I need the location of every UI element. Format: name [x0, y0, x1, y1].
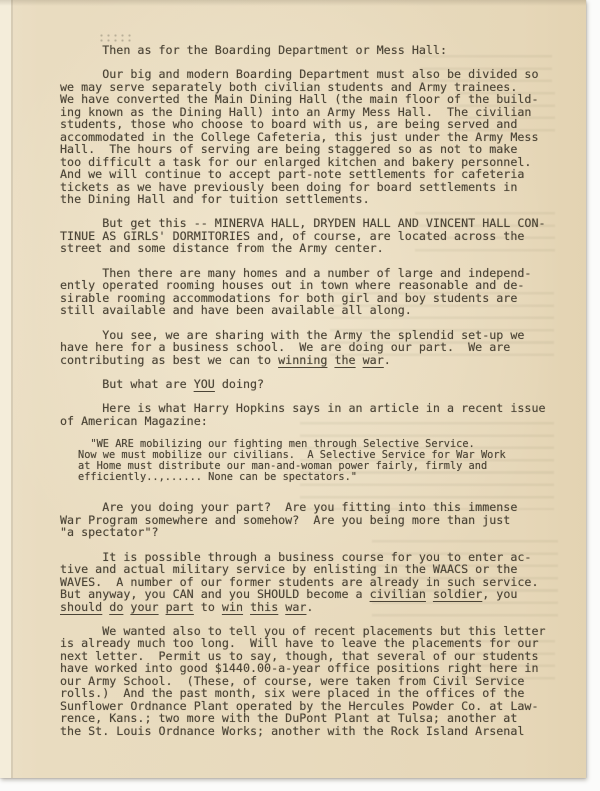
text-line: should do your part to win this war.: [60, 601, 560, 613]
letter-page: Then as for the Boarding Department or M…: [0, 0, 586, 778]
paragraph-1: Then as for the Boarding Department or M…: [60, 44, 560, 56]
text-segment: , you: [482, 587, 517, 601]
underlined-word: should: [60, 600, 102, 614]
paragraph-2: Our big and modern Boarding Department m…: [60, 68, 560, 205]
paragraph-11: We wanted also to tell you of recent pla…: [60, 625, 560, 737]
page-edge: [0, 0, 13, 778]
text-segment: of American Magazine:: [60, 414, 208, 428]
page-top-shadow: [0, 0, 586, 6]
underlined-word: win: [222, 600, 243, 614]
underlined-word: this: [250, 600, 278, 614]
text-line: the St. Louis Ordnance Works; another wi…: [60, 725, 560, 737]
quoted-paragraph: "WE ARE mobilizing our fighting men thro…: [78, 439, 560, 483]
text-line: efficiently..,...... None can be spectat…: [78, 472, 560, 483]
text-segment: "a spectator"?: [60, 525, 159, 539]
underlined-word: your: [130, 600, 158, 614]
paragraph-10: It is possible through a business course…: [60, 551, 560, 613]
text-line: But what are YOU doing?: [60, 378, 560, 390]
text-segment: the St. Louis Ordnance Works; another wi…: [60, 724, 524, 738]
paragraph-3: But get this -- MINERVA HALL, DRYDEN HAL…: [60, 217, 560, 254]
text-segment: .: [384, 353, 391, 367]
underlined-word: part: [166, 600, 194, 614]
text-segment: doing?: [215, 377, 264, 391]
underlined-word: YOU: [194, 377, 215, 391]
text-segment: [356, 353, 363, 367]
underlined-word: soldier: [433, 587, 482, 601]
text-segment: .: [306, 600, 313, 614]
text-line: the Dining Hall and for tuition settleme…: [60, 193, 560, 205]
text-line: still available and have been available …: [60, 304, 560, 316]
text-segment: [159, 600, 166, 614]
letter-body: Then as for the Boarding Department or M…: [60, 44, 560, 749]
text-line: "a spectator"?: [60, 526, 560, 538]
text-segment: efficiently..,...... None can be spectat…: [78, 471, 357, 483]
text-segment: But what are: [60, 377, 194, 391]
text-segment: contributing as best we can to: [60, 353, 278, 367]
text-line: street and some distance from the Army c…: [60, 242, 560, 254]
text-segment: the Dining Hall and for tuition settleme…: [60, 192, 370, 206]
pencil-smudge: [98, 33, 132, 42]
text-line: contributing as best we can to winning t…: [60, 354, 560, 366]
underlined-word: the: [334, 353, 355, 367]
underlined-word: war: [363, 353, 384, 367]
scan-background: Then as for the Boarding Department or M…: [0, 0, 600, 791]
paragraph-4: Then there are many homes and a number o…: [60, 267, 560, 317]
paragraph-7: Here is what Harry Hopkins says in an ar…: [60, 402, 560, 427]
text-segment: street and some distance from the Army c…: [60, 241, 384, 255]
text-segment: to: [194, 600, 222, 614]
underlined-word: war: [285, 600, 306, 614]
underlined-word: civilian: [370, 587, 426, 601]
underlined-word: do: [109, 600, 123, 614]
paragraph-5: You see, we are sharing with the Army th…: [60, 329, 560, 366]
text-segment: still available and have been available …: [60, 303, 412, 317]
text-line: Then as for the Boarding Department or M…: [60, 44, 560, 56]
text-segment: Then as for the Boarding Department or M…: [60, 43, 447, 57]
underlined-word: winning: [278, 353, 327, 367]
paragraph-6: But what are YOU doing?: [60, 378, 560, 390]
text-segment: [426, 587, 433, 601]
paragraph-9: Are you doing your part? Are you fitting…: [60, 501, 560, 538]
text-line: of American Magazine:: [60, 415, 560, 427]
